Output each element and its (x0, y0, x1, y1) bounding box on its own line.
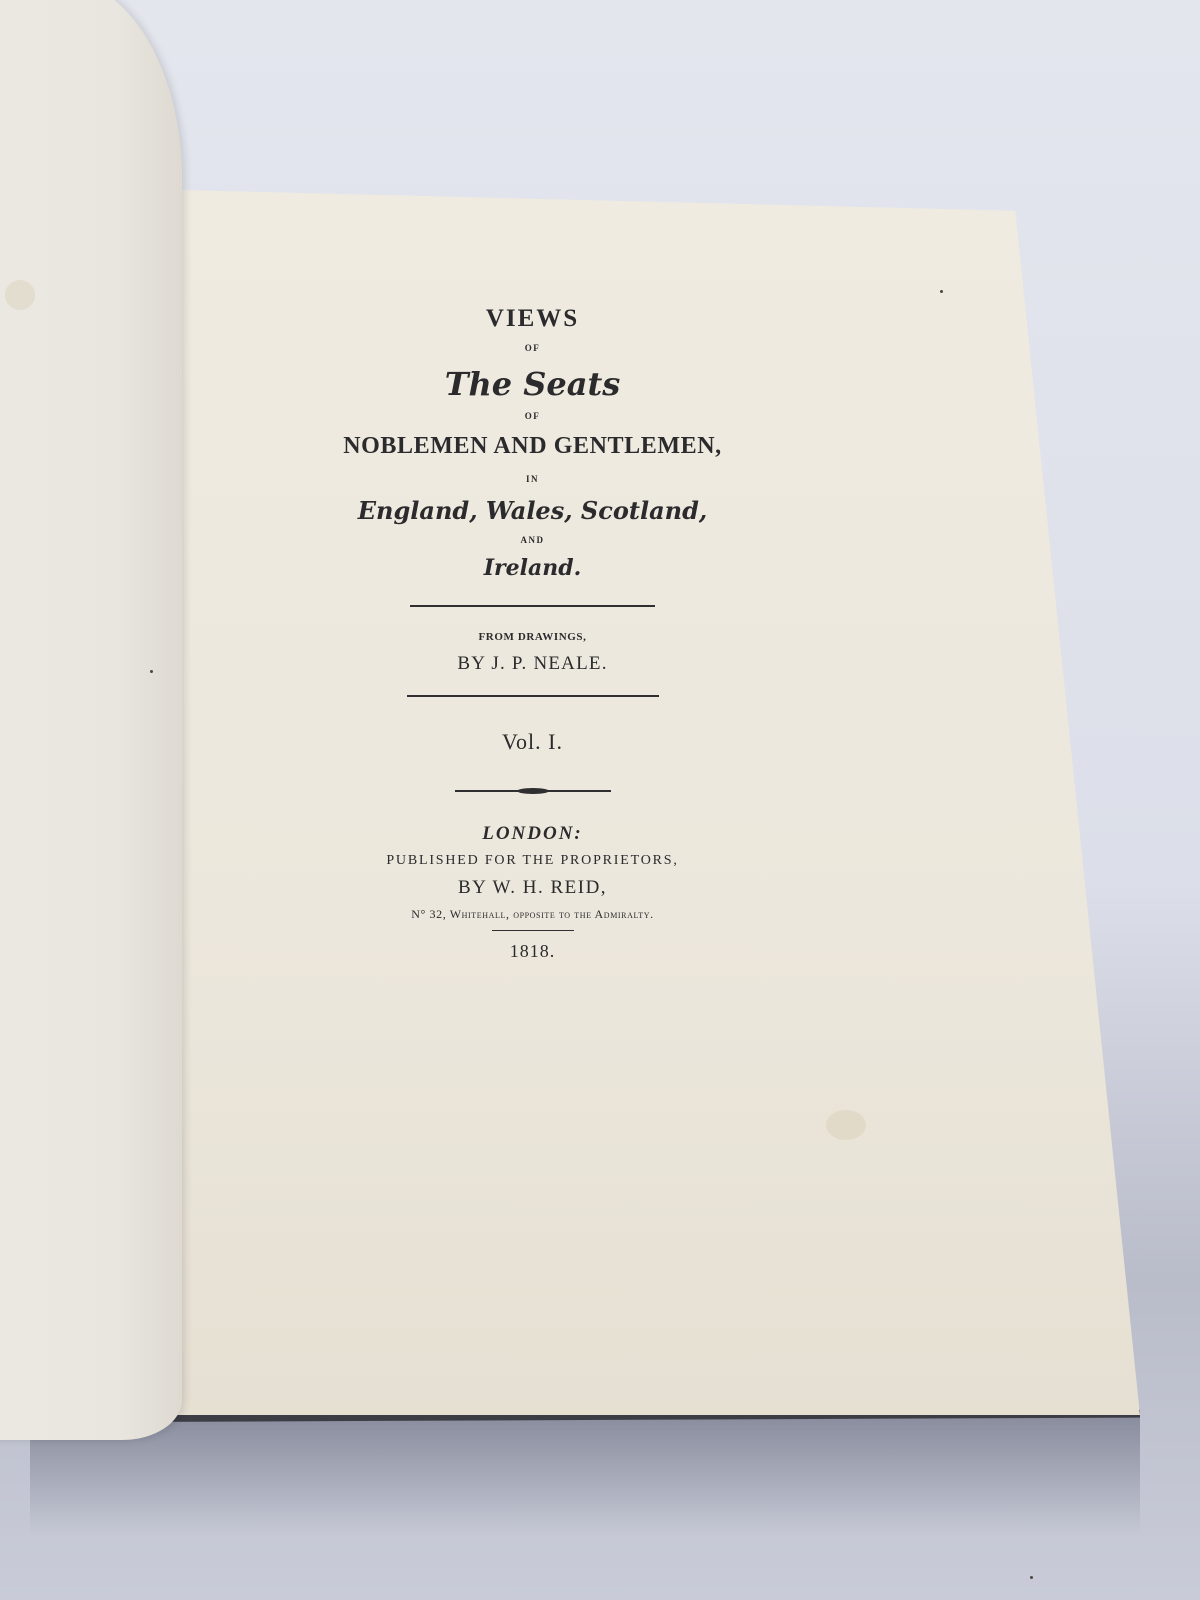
title-in: IN (270, 474, 795, 484)
divider-rule (407, 695, 659, 697)
foxing-spot (5, 280, 35, 310)
title-views: VIEWS (270, 305, 795, 333)
title-text-block: VIEWS OF The Seats OF NOBLEMEN AND GENTL… (270, 305, 795, 962)
paper-speck (940, 290, 943, 293)
imprint-publisher: BY W. H. REID, (270, 877, 795, 899)
ornamental-rule (455, 787, 611, 795)
title-the-seats: The Seats (270, 365, 795, 403)
from-drawings-text: FROM DRAWINGS, (270, 631, 795, 643)
title-of: OF (270, 343, 795, 353)
divider-rule (410, 605, 655, 607)
title-of-2: OF (270, 411, 795, 421)
imprint-published: PUBLISHED FOR THE PROPRIETORS, (270, 853, 795, 869)
imprint-london: LONDON: (270, 823, 795, 845)
table-shadow (30, 1415, 1140, 1535)
paper-speck (150, 670, 153, 673)
title-ireland: Ireland. (270, 555, 795, 581)
title-and: AND (270, 535, 795, 545)
title-countries: England, Wales, Scotland, (270, 496, 795, 525)
curled-left-page (0, 0, 182, 1440)
author-text: BY J. P. NEALE. (270, 653, 795, 675)
title-noblemen: NOBLEMEN AND GENTLEMEN, (270, 433, 795, 460)
foxing-spot (826, 1110, 866, 1140)
divider-rule-short (492, 930, 574, 931)
imprint-address: N° 32, Whitehall, opposite to the Admira… (270, 907, 795, 922)
volume-text: Vol. I. (270, 729, 795, 755)
imprint-year: 1818. (270, 941, 795, 962)
paper-speck (1030, 1576, 1033, 1579)
